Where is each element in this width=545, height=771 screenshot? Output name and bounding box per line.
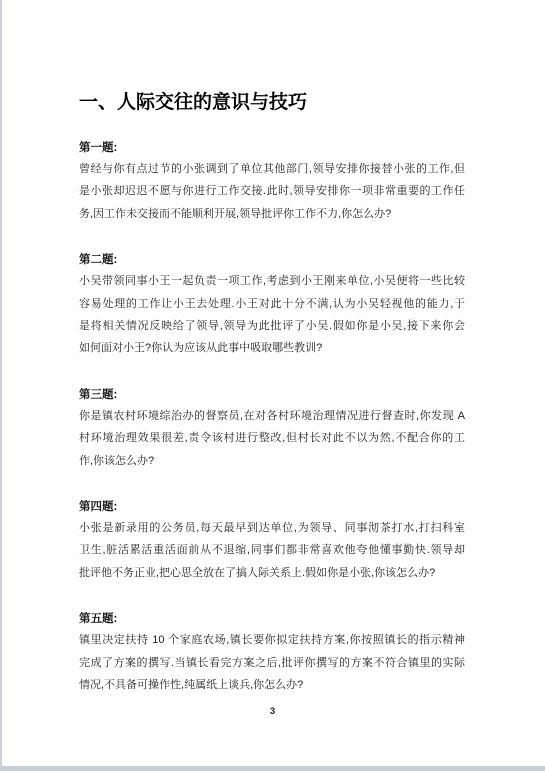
- question-section-5: 第五题: 镇里决定扶持 10 个家庭农场,镇长要你拟定扶持方案,你按照镇长的指示…: [79, 611, 465, 696]
- question-body-line: 卫生,脏活累活重活面前从不退缩,同事们都非常喜欢他夸他懂事勤快.领导却: [79, 539, 465, 561]
- question-body-line: 情况,不具备可操作性,纯属纸上谈兵,你怎么办?: [79, 674, 465, 696]
- question-heading: 第二题:: [79, 252, 465, 268]
- question-body-line: 完成了方案的撰写.当镇长看完方案之后,批评你撰写的方案不符合镇里的实际: [79, 652, 465, 674]
- question-body-line: 如何面对小王?你认为应该从此事中吸取哪些教训?: [79, 337, 465, 359]
- question-heading: 第三题:: [79, 387, 465, 403]
- page-left-edge: [0, 0, 2, 771]
- page-title: 一、人际交往的意识与技巧: [79, 92, 465, 113]
- question-body-line: 小张是新录用的公务员,每天最早到达单位,为领导、同事沏茶打水,打扫科室: [79, 517, 465, 539]
- question-body-line: 容易处理的工作让小王去处理.小王对此十分不满,认为小吴轻视他的能力,于: [79, 293, 465, 315]
- question-heading: 第四题:: [79, 499, 465, 515]
- question-body: 镇里决定扶持 10 个家庭农场,镇长要你拟定扶持方案,你按照镇长的指示精神 完成…: [79, 629, 465, 696]
- question-section-2: 第二题: 小吴带领同事小王一起负责一项工作,考虑到小王刚来单位,小吴便将一些比较…: [79, 252, 465, 360]
- question-body-line: 小吴带领同事小王一起负责一项工作,考虑到小王刚来单位,小吴便将一些比较: [79, 270, 465, 292]
- question-heading: 第一题:: [79, 140, 465, 156]
- question-body: 小吴带领同事小王一起负责一项工作,考虑到小王刚来单位,小吴便将一些比较 容易处理…: [79, 270, 465, 360]
- question-body-line: 村环境治理效果很差,责令该村进行整改,但村长对此不以为然,不配合你的工: [79, 427, 465, 449]
- question-body-line: 你是镇农村环境综治办的督察员,在对各村环境治理情况进行督查时,你发现 A: [79, 405, 465, 427]
- question-section-4: 第四题: 小张是新录用的公务员,每天最早到达单位,为领导、同事沏茶打水,打扫科室…: [79, 499, 465, 584]
- question-body-line: 作,你该怎么办?: [79, 450, 465, 472]
- question-body-line: 是小张却迟迟不愿与你进行工作交接.此时,领导安排你一项非常重要的工作任: [79, 180, 465, 202]
- question-body-line: 是将相关情况反映给了领导,领导为此批评了小吴.假如你是小吴,接下来你会: [79, 315, 465, 337]
- question-body-line: 曾经与你有点过节的小张调到了单位其他部门,领导安排你接替小张的工作,但: [79, 158, 465, 180]
- question-section-3: 第三题: 你是镇农村环境综治办的督察员,在对各村环境治理情况进行督查时,你发现 …: [79, 387, 465, 472]
- question-section-1: 第一题: 曾经与你有点过节的小张调到了单位其他部门,领导安排你接替小张的工作,但…: [79, 140, 465, 225]
- question-body: 你是镇农村环境综治办的督察员,在对各村环境治理情况进行督查时,你发现 A 村环境…: [79, 405, 465, 472]
- page-content: 一、人际交往的意识与技巧 第一题: 曾经与你有点过节的小张调到了单位其他部门,领…: [79, 0, 465, 697]
- question-heading: 第五题:: [79, 611, 465, 627]
- question-body-line: 务,因工作未交接而不能顺利开展,领导批评你工作不力,你怎么办?: [79, 203, 465, 225]
- question-body-line: 批评他不务正业,把心思全放在了搞人际关系上.假如你是小张,你该怎么办?: [79, 562, 465, 584]
- document-page: 一、人际交往的意识与技巧 第一题: 曾经与你有点过节的小张调到了单位其他部门,领…: [0, 0, 545, 771]
- question-body: 小张是新录用的公务员,每天最早到达单位,为领导、同事沏茶打水,打扫科室 卫生,脏…: [79, 517, 465, 584]
- page-number: 3: [0, 706, 545, 718]
- question-body: 曾经与你有点过节的小张调到了单位其他部门,领导安排你接替小张的工作,但 是小张却…: [79, 158, 465, 225]
- question-body-line: 镇里决定扶持 10 个家庭农场,镇长要你拟定扶持方案,你按照镇长的指示精神: [79, 629, 465, 651]
- page-bottom-edge: [0, 766, 545, 771]
